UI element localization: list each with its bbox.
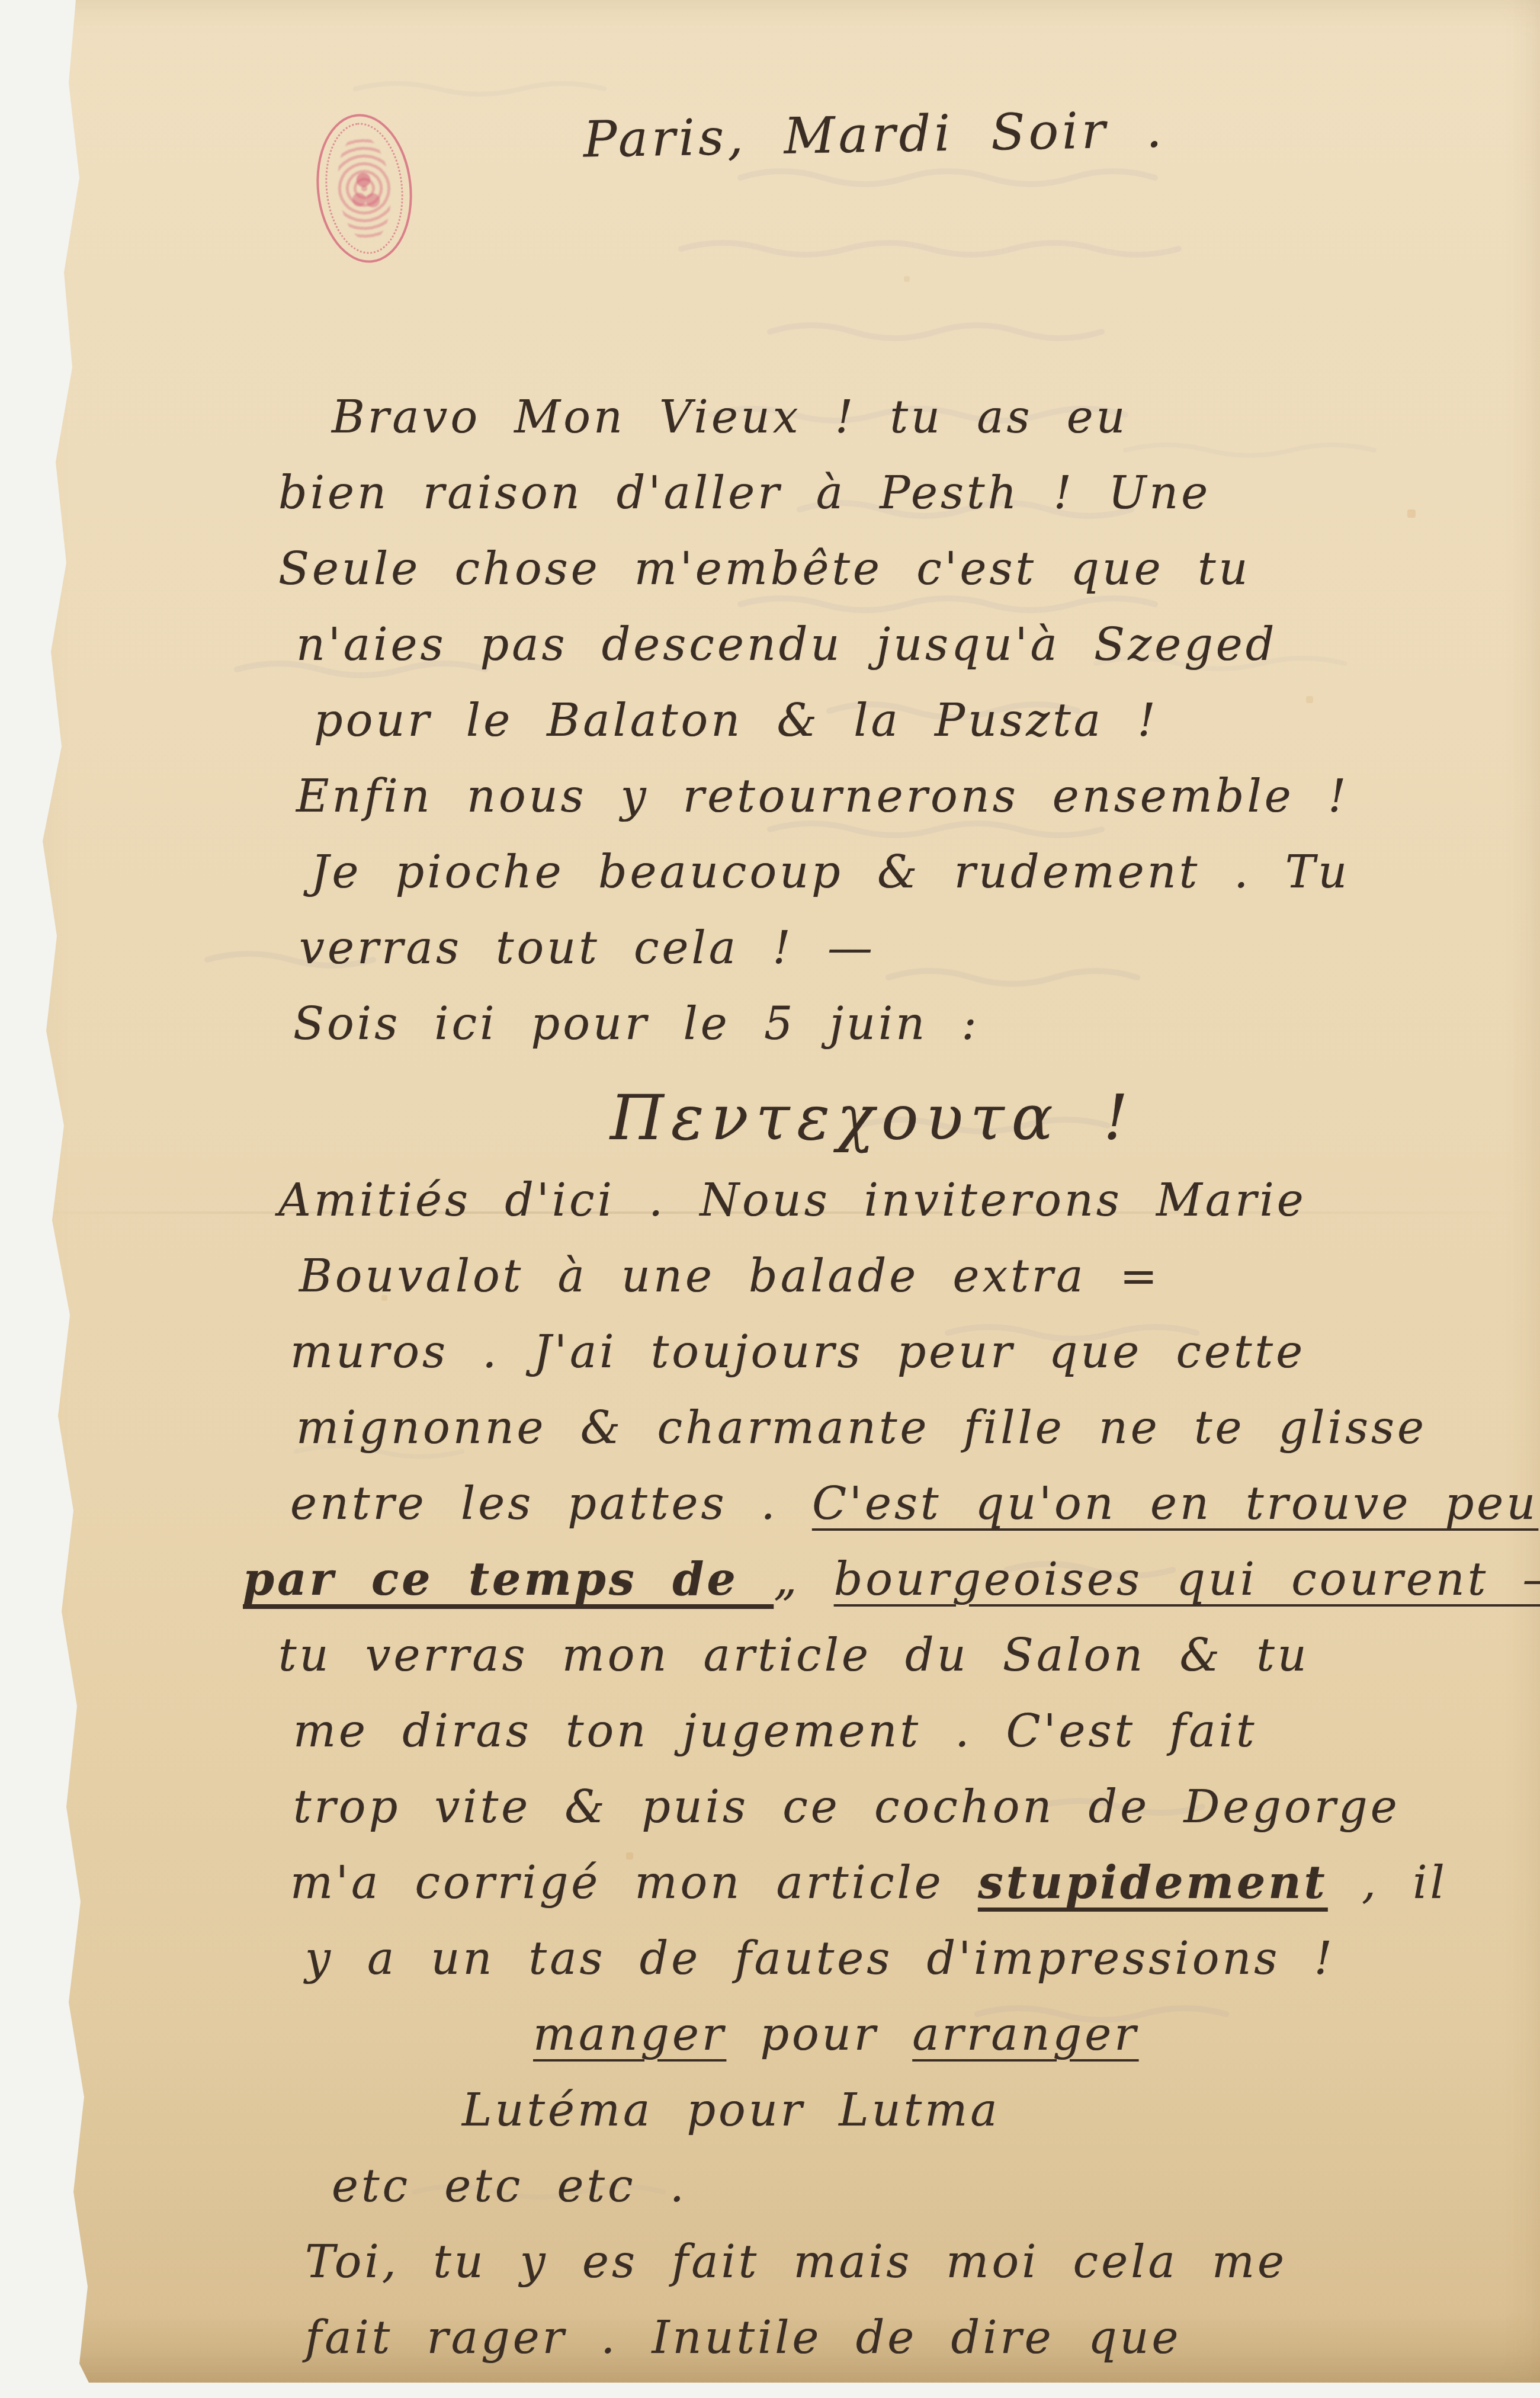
- letter-line-text: Amitiés d'ici . Nous inviterons Marie: [278, 1174, 1307, 1226]
- letter-line: Je pioche beaucoup & rudement . Tu: [311, 834, 1540, 910]
- letter-line: Enfin nous y retournerons ensemble !: [296, 758, 1540, 834]
- scanned-letter-page: { "colors":{"paper":"#ecdab8","ink":"#3a…: [0, 0, 1540, 2398]
- letter-line: Toi, tu y es fait mais moi cela me: [305, 2224, 1540, 2300]
- letter-line-text: Je pioche beaucoup & rudement . Tu: [311, 845, 1350, 898]
- letter-line: me diras ton jugement . C'est fait: [293, 1693, 1540, 1769]
- letter-sheet: Paris, Mardi Soir . Bravo Mon Vieux ! tu…: [0, 0, 1540, 2383]
- letter-line-text: n'aies pas descendu jusqu'à Szeged: [296, 618, 1277, 671]
- underlined-word: manger: [533, 2008, 726, 2060]
- letter-line-text: pour le Balaton & la Puszta !: [314, 694, 1159, 746]
- letter-line-text: trop vite & puis ce cochon de Degorge: [293, 1780, 1400, 1833]
- letter-line-text: Bravo Mon Vieux ! tu as eu: [332, 390, 1128, 443]
- letter-line: muros . J'ai toujours peur que cette: [290, 1314, 1540, 1390]
- letter-line-text: fait rager . Inutile de dire que: [305, 2311, 1182, 2364]
- letter-line: par ce temps de „ bourgeoises qui couren…: [243, 1541, 1540, 1617]
- letter-line: m'a corrigé mon article stupidement , il: [290, 1845, 1540, 1921]
- letter-line-text: etc etc etc .: [332, 2159, 687, 2212]
- foxing-spots: [0, 0, 1, 1]
- letter-line: Lutéma pour Lutma: [462, 2072, 1540, 2148]
- underlined-phrase: bourgeoises qui courent —: [834, 1553, 1540, 1605]
- letter-line-text: Bouvalot à une balade extra =: [299, 1249, 1160, 1302]
- letter-body: Bravo Mon Vieux ! tu as eu bien raison d…: [278, 379, 1540, 2375]
- letter-line: entre les pattes . C'est qu'on en trouve…: [290, 1466, 1540, 1541]
- letter-line: Bravo Mon Vieux ! tu as eu: [332, 379, 1540, 455]
- letter-line-text: mignonne & charmante fille ne te glisse: [296, 1401, 1427, 1454]
- letter-line-text: , il: [1328, 1856, 1448, 1909]
- letter-line: tu verras mon article du Salon & tu: [278, 1617, 1540, 1693]
- letter-line-text: tu verras mon article du Salon & tu: [278, 1628, 1310, 1681]
- collection-stamp-icon: [309, 109, 419, 267]
- letter-line: Seule chose m'embête c'est que tu: [278, 531, 1540, 607]
- bold-underlined-phrase: par ce temps de: [243, 1553, 774, 1605]
- letter-line-greek-word: Πεντεχουτα !: [610, 1073, 1540, 1162]
- letter-line: Sois ici pour le 5 juin :: [293, 986, 1540, 1062]
- letter-line-text: verras tout cela ! —: [299, 921, 875, 974]
- letter-line-text: muros . J'ai toujours peur que cette: [290, 1325, 1305, 1378]
- letter-line: fait rager . Inutile de dire que: [305, 2300, 1540, 2375]
- letter-line-text: Enfin nous y retournerons ensemble !: [296, 770, 1349, 822]
- letter-line-text: Toi, tu y es fait mais moi cela me: [305, 2235, 1287, 2288]
- letter-line: y a un tas de fautes d'impressions !: [305, 1921, 1540, 1996]
- letter-line: bien raison d'aller à Pesth ! Une: [278, 455, 1540, 531]
- letter-line-text: entre les pattes .: [290, 1477, 812, 1530]
- letter-line-text: m'a corrigé mon article: [290, 1856, 978, 1909]
- letter-line-text: Lutéma pour Lutma: [462, 2083, 1000, 2136]
- letter-line-text: bien raison d'aller à Pesth ! Une: [278, 466, 1211, 519]
- letter-line-text: Seule chose m'embête c'est que tu: [278, 542, 1251, 595]
- letter-line-text: me diras ton jugement . C'est fait: [293, 1704, 1257, 1757]
- letter-line: Bouvalot à une balade extra =: [299, 1238, 1540, 1314]
- underlined-phrase: C'est qu'on en trouve peu: [812, 1477, 1538, 1530]
- letter-line-text: pour: [726, 2008, 912, 2060]
- letter-line: Amitiés d'ici . Nous inviterons Marie: [278, 1162, 1540, 1238]
- greek-word-text: Πεντεχουτα !: [610, 1082, 1135, 1154]
- letter-line-text: Sois ici pour le 5 juin :: [293, 997, 980, 1050]
- letter-line: etc etc etc .: [332, 2148, 1540, 2224]
- letter-line-text: y a un tas de fautes d'impressions !: [305, 1932, 1335, 1985]
- letter-line: n'aies pas descendu jusqu'à Szeged: [296, 607, 1540, 682]
- dateline: Paris, Mardi Soir .: [583, 100, 1166, 168]
- underlined-word: arranger: [912, 2008, 1138, 2060]
- letter-line: pour le Balaton & la Puszta !: [314, 682, 1540, 758]
- double-underlined-word: stupidement: [978, 1856, 1328, 1909]
- letter-line: manger pour arranger: [533, 1996, 1540, 2072]
- letter-line: verras tout cela ! —: [299, 910, 1540, 986]
- letter-line: trop vite & puis ce cochon de Degorge: [293, 1769, 1540, 1845]
- letter-line: mignonne & charmante fille ne te glisse: [296, 1390, 1540, 1466]
- letter-line-text: „: [774, 1553, 834, 1605]
